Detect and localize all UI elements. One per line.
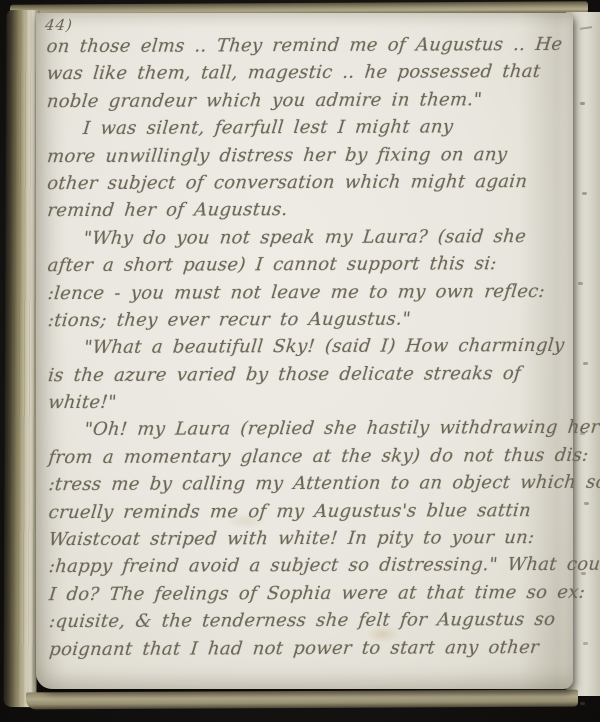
- manuscript-line: :tress me by calling my Attention to an …: [47, 469, 565, 499]
- book-bottom-edge: [26, 690, 578, 710]
- manuscript-line: on those elms .. They remind me of Augus…: [45, 31, 563, 61]
- manuscript-line: is the azure varied by those delicate st…: [47, 360, 565, 390]
- manuscript-line: :tions; they ever recur to Augustus.": [47, 305, 565, 335]
- manuscript-line: "What a beautifull Sky! (said I) How cha…: [47, 332, 565, 362]
- manuscript-line: other subject of conversation which migh…: [46, 168, 564, 198]
- manuscript-page: 44) on those elms .. They remind me of A…: [36, 13, 573, 689]
- manuscript-line: "Oh! my Laura (replied she hastily withd…: [47, 414, 565, 444]
- manuscript-line: after a short pause) I cannot support th…: [46, 250, 564, 280]
- manuscript-line: "Why do you not speak my Laura? (said sh…: [46, 223, 564, 253]
- manuscript-line: cruelly reminds me of my Augustus's blue…: [47, 497, 565, 527]
- manuscript-line: I do? The feelings of Sophia were at tha…: [48, 579, 566, 609]
- manuscript-line: :lence - you must not leave me to my own…: [46, 277, 564, 307]
- manuscript-line: noble grandeur which you admire in them.…: [46, 86, 564, 116]
- manuscript-text: on those elms .. They remind me of Augus…: [47, 31, 565, 663]
- manuscript-line: I was silent, fearfull lest I might any: [46, 113, 564, 143]
- manuscript-line: more unwillingly distress her by fixing …: [46, 140, 564, 170]
- manuscript-line: :quisite, & the tenderness she felt for …: [48, 606, 566, 636]
- manuscript-line: was like them, tall, magestic .. he poss…: [45, 58, 563, 88]
- page-number: 44): [44, 16, 74, 34]
- manuscript-line: Waistcoat striped with white! In pity to…: [47, 524, 565, 554]
- manuscript-line: poignant that I had not power to start a…: [48, 633, 566, 663]
- manuscript-photo: 44) on those elms .. They remind me of A…: [0, 0, 600, 722]
- manuscript-line: from a momentary glance at the sky) do n…: [47, 442, 565, 472]
- ink-showthrough-specks: [580, 102, 585, 105]
- manuscript-line: :happy freind avoid a subject so distres…: [48, 551, 566, 581]
- manuscript-line: remind her of Augustus.: [46, 195, 564, 225]
- book-left-edge: [3, 10, 39, 707]
- manuscript-line: white!": [47, 387, 565, 417]
